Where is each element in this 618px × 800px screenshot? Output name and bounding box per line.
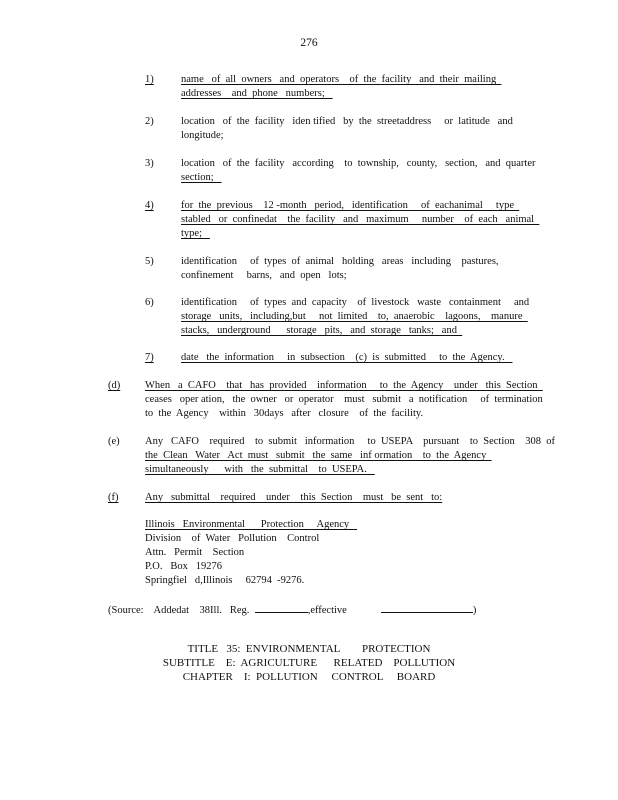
effective-date-blank [381,601,473,613]
list-number-3: 3) [145,157,154,171]
list-item-5-line-2: confinement barns, and open lots; [181,269,347,283]
subsection-d-line-3: to the Agency within 30days after closur… [145,407,423,421]
source-prefix: (Source: Addedat 38Ill. Reg. [108,605,255,616]
list-number-6: 6) [145,296,154,310]
footer-subtitle: SUBTITLE E: AGRICULTURE RELATED POLLUTIO… [0,656,618,670]
list-item-2-line-1: location of the facility iden tified by … [181,115,513,129]
list-number-5: 5) [145,255,154,269]
list-item-1-line-1: name of all owners and operators of the … [181,73,501,87]
list-item-6-line-3: stacks, underground storage pits, and st… [181,324,462,338]
list-item-3-line-2: section; [181,171,222,185]
list-item-5-line-1: identification of types of animal holdin… [181,255,499,269]
address-line-2: Division of Water Pollution Control [145,532,319,546]
address-line-1: Illinois Environmental Protection Agency [145,518,357,532]
list-item-4-line-2: stabled or confinedat the facility and m… [181,213,539,227]
subsection-d-line-1: When a CAFO that has provided informatio… [145,379,543,393]
list-number-7: 7) [145,351,154,365]
address-line-5: Springfiel d,Illinois 62794 -9276. [145,574,304,588]
subsection-d-line-2: ceases oper ation, the owner or operator… [145,393,543,407]
subsection-f-line-1: Any submittal required under this Sectio… [145,491,442,505]
subsection-e-line-2: the Clean Water Act must submit the same… [145,449,492,463]
list-number-2: 2) [145,115,154,129]
subsection-d-letter: (d) [108,379,120,393]
list-item-6-line-1: identification of types and capacity of … [181,296,529,310]
source-effective: ,effective [308,605,347,616]
source-note: (Source: Addedat 38Ill. Reg. ,effective) [108,601,476,618]
list-item-7-line-1: date the information in subsection (c) i… [181,351,512,365]
subsection-e-letter: (e) [108,435,120,449]
register-blank [255,601,308,613]
footer-chapter: CHAPTER I: POLLUTION CONTROL BOARD [0,670,618,684]
list-item-4-line-3: type; [181,227,210,241]
address-line-4: P.O. Box 19276 [145,560,222,574]
list-item-3-line-1: location of the facility according to to… [181,157,535,171]
list-number-1: 1) [145,73,154,87]
page-number: 276 [0,36,618,50]
list-number-4: 4) [145,199,154,213]
list-item-6-line-2: storage units, including,but not limited… [181,310,528,324]
subsection-e-line-3: simultaneously with the submittal to USE… [145,463,375,477]
address-line-3: Attn. Permit Section [145,546,244,560]
list-item-1-line-2: addresses and phone numbers; [181,87,333,101]
subsection-e-line-1: Any CAFO required to submit information … [145,435,555,449]
list-item-4-line-1: for the previous 12 -month period, ident… [181,199,519,213]
source-suffix: ) [473,605,477,616]
footer-title: TITLE 35: ENVIRONMENTAL PROTECTION [0,642,618,656]
list-item-2-line-2: longitude; [181,129,224,143]
subsection-f-letter: (f) [108,491,119,505]
